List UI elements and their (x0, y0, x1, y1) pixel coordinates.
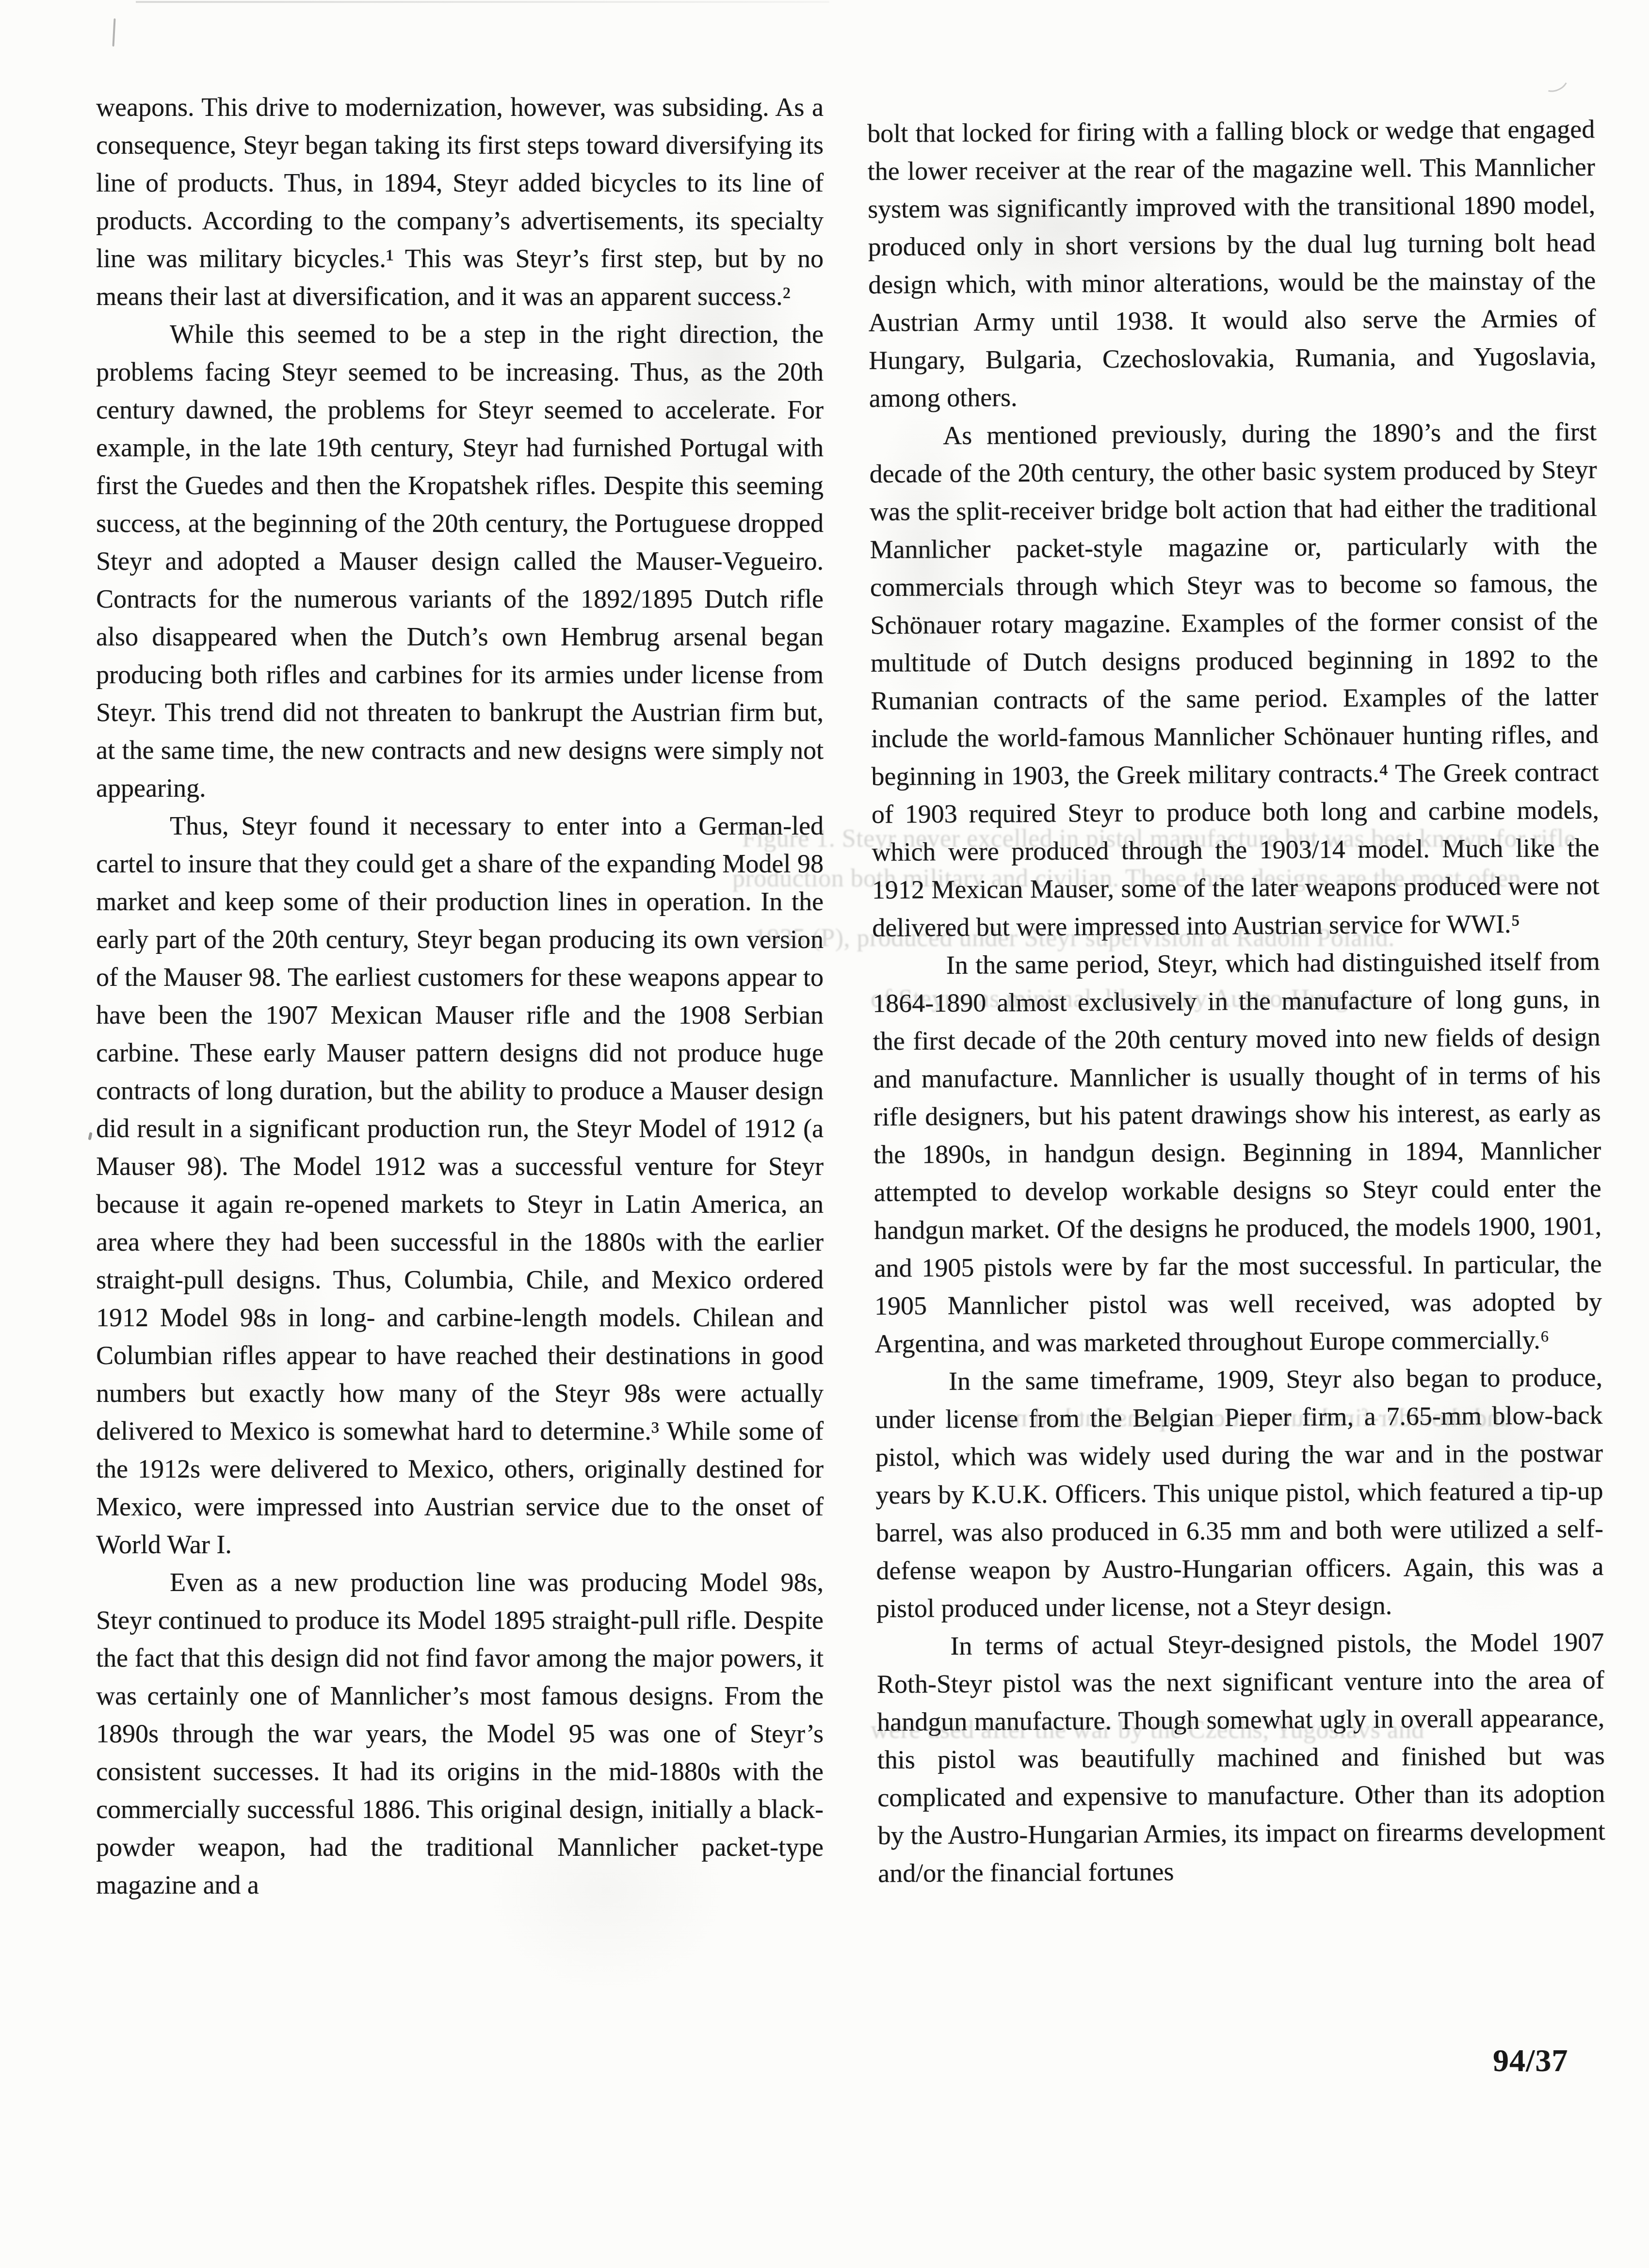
paragraph: In the same period, Steyr, which had dis… (872, 942, 1602, 1363)
page-number: 94/37 (1493, 2043, 1568, 2079)
paragraph: Even as a new production line was produc… (96, 1563, 824, 1904)
paragraph: As mentioned previously, during the 1890… (869, 413, 1600, 947)
paragraph: Thus, Steyr found it necessary to enter … (96, 807, 824, 1563)
text-column-right: bolt that locked for firing with a falli… (867, 110, 1605, 1892)
paragraph: In the same timeframe, 1909, Steyr also … (875, 1358, 1604, 1627)
text-column-left: weapons. This drive to modernization, ho… (96, 88, 824, 1904)
scanned-book-page: Figure 1. Steyr never excelled in pistol… (0, 0, 1649, 2268)
paragraph: While this seemed to be a step in the ri… (96, 315, 824, 807)
paragraph: In terms of actual Steyr-designed pistol… (876, 1623, 1605, 1892)
paragraph: weapons. This drive to modernization, ho… (96, 88, 824, 315)
paragraph: bolt that locked for firing with a falli… (867, 110, 1597, 417)
